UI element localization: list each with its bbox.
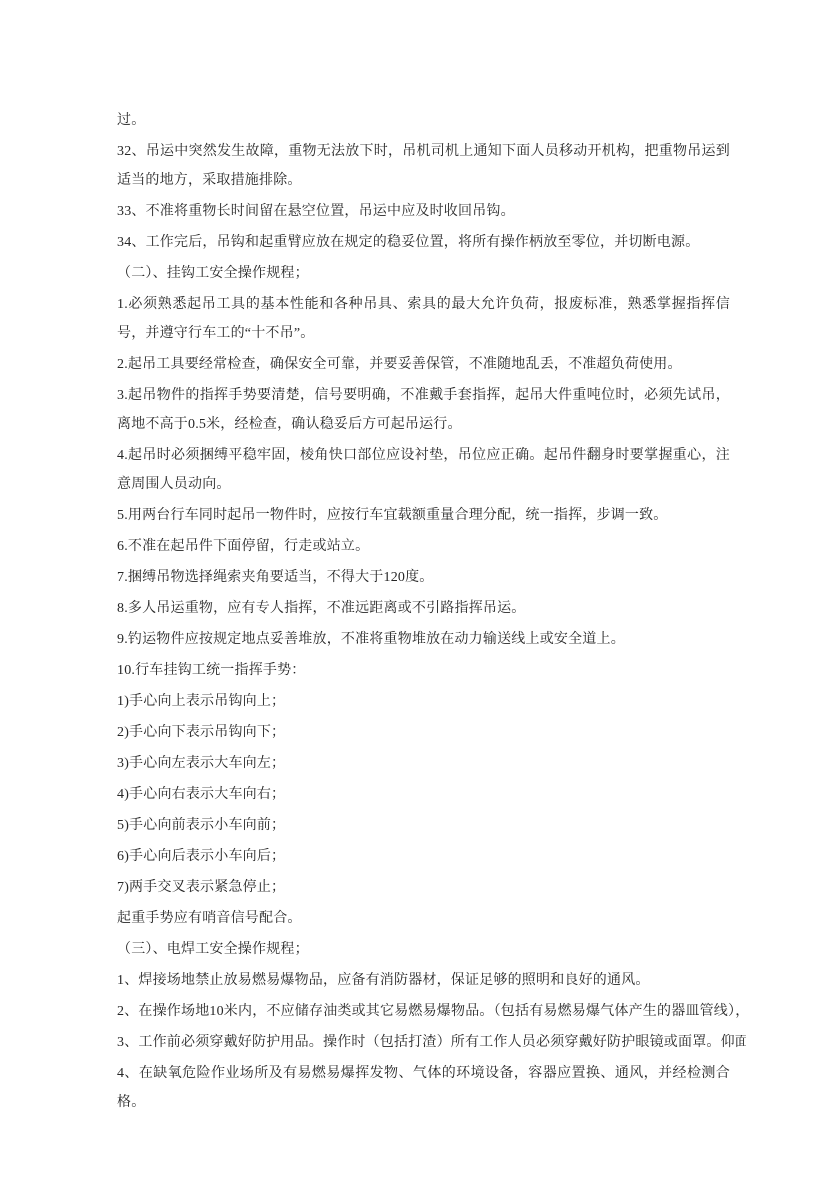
gesture-item-1: 1)手心向上表示吊钩向上；: [117, 687, 730, 716]
section-heading-hook-worker-rules: （二）、挂钩工安全操作规程；: [117, 259, 730, 288]
gesture-item-3: 3)手心向左表示大车向左；: [117, 749, 730, 778]
numbered-item-5: 5.用两台行车同时起吊一物件时，应按行车宜载额重量合理分配，统一指挥，步调一致。: [117, 501, 730, 530]
numbered-item-34: 34、工作完后，吊钩和起重臂应放在规定的稳妥位置，将所有操作柄放至零位，并切断电…: [117, 228, 730, 257]
welder-item-3-clipped: 3、工作前必须穿戴好防护用品。操作时（包括打渣）所有工作人员必须穿戴好防护眼镜或…: [117, 1028, 746, 1057]
paragraph-continuation: 过。: [117, 106, 730, 135]
gesture-item-4: 4)手心向右表示大车向右；: [117, 780, 730, 809]
numbered-item-10: 10.行车挂钩工统一指挥手势：: [117, 656, 730, 685]
gesture-item-6: 6)手心向后表示小车向后；: [117, 842, 730, 871]
gesture-item-5: 5)手心向前表示小车向前；: [117, 811, 730, 840]
numbered-item-2: 2.起吊工具要经常检查，确保安全可靠，并要妥善保管，不准随地乱丢，不准超负荷使用…: [117, 350, 730, 379]
gesture-note: 起重手势应有哨音信号配合。: [117, 904, 730, 933]
numbered-item-4: 4.起吊时必须捆缚平稳牢固，棱角快口部位应设衬垫，吊位应正确。起吊件翻身时要掌握…: [117, 441, 730, 499]
gesture-item-2: 2)手心向下表示吊钩向下；: [117, 718, 730, 747]
numbered-item-1: 1.必须熟悉起吊工具的基本性能和各种吊具、索具的最大允许负荷，报废标准，熟悉掌握…: [117, 290, 730, 348]
welder-item-4: 4、在缺氧危险作业场所及有易燃易爆挥发物、气体的环境设备，容器应置换、通风，并经…: [117, 1059, 730, 1117]
numbered-item-8: 8.多人吊运重物，应有专人指挥，不准远距离或不引路指挥吊运。: [117, 594, 730, 623]
numbered-item-6: 6.不准在起吊件下面停留，行走或站立。: [117, 532, 730, 561]
numbered-item-32: 32、吊运中突然发生故障，重物无法放下时，吊机司机上通知下面人员移动开机构，把重…: [117, 137, 730, 195]
document-body: 过。 32、吊运中突然发生故障，重物无法放下时，吊机司机上通知下面人员移动开机构…: [117, 106, 730, 1119]
document-page: 过。 32、吊运中突然发生故障，重物无法放下时，吊机司机上通知下面人员移动开机构…: [0, 0, 838, 1186]
numbered-item-9: 9.钓运物件应按规定地点妥善堆放，不准将重物堆放在动力输送线上或安全道上。: [117, 625, 730, 654]
section-heading-welder-rules: （三）、电焊工安全操作规程；: [117, 935, 730, 964]
numbered-item-33: 33、不准将重物长时间留在悬空位置，吊运中应及时收回吊钩。: [117, 197, 730, 226]
numbered-item-3: 3.起吊物件的指挥手势要清楚，信号要明确，不准戴手套指挥，起吊大件重吨位时，必须…: [117, 381, 730, 439]
welder-item-1: 1、焊接场地禁止放易燃易爆物品，应备有消防器材，保证足够的照明和良好的通风。: [117, 966, 730, 995]
welder-item-2-clipped: 2、在操作场地10米内，不应储存油类或其它易燃易爆物品。（包括有易燃易爆气体产生…: [117, 997, 746, 1026]
gesture-item-7: 7)两手交叉表示紧急停止；: [117, 873, 730, 902]
numbered-item-7: 7.捆缚吊物选择绳索夹角要适当，不得大于120度。: [117, 563, 730, 592]
